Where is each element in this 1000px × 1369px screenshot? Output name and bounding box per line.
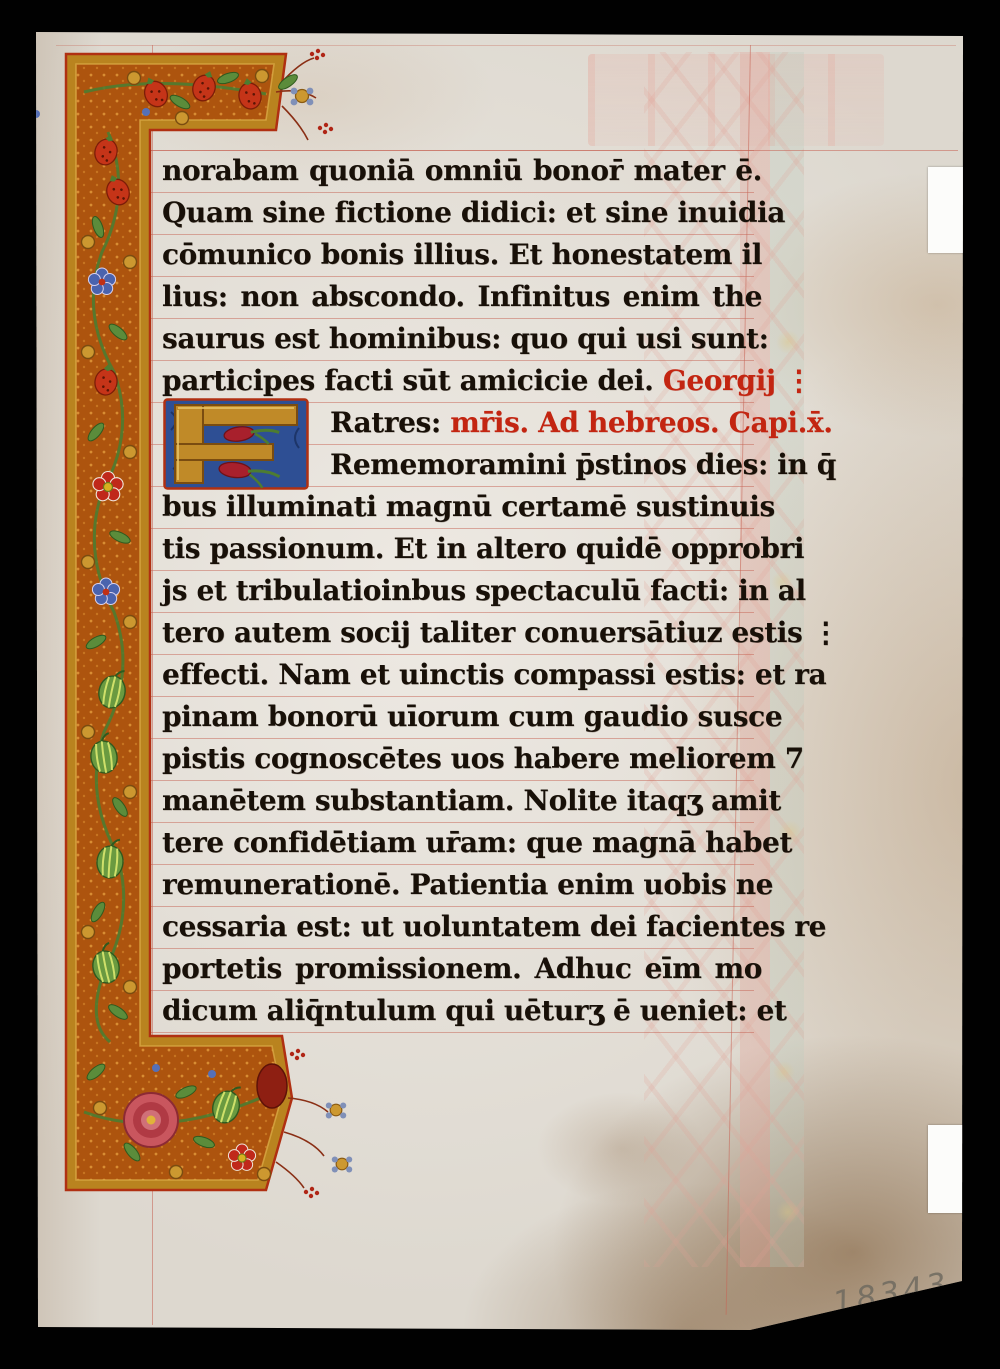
blackletter-text: cōmunico bonis illius. Et honestatem il bbox=[162, 238, 762, 271]
manuscript-line: saurus est hominibus: quo qui usi sunt: bbox=[162, 318, 762, 360]
blackletter-text: remunerationē. Patientia enim uobis ne bbox=[162, 868, 773, 901]
blackletter-text: pistis cognoscētes uos habere meliorem 7 bbox=[162, 742, 804, 775]
manuscript-line: cessaria est: ut uoluntatem dei faciente… bbox=[162, 906, 762, 948]
blackletter-text: pinam bonorū uīorum cum gaudio susce bbox=[162, 700, 782, 733]
blackletter-text: Rememoramini p̄stinos dies: in q̄ bbox=[330, 448, 836, 481]
rubric-text: Georgij ⋮ bbox=[663, 364, 813, 397]
blackletter-text: participes facti sūt amicicie dei. bbox=[162, 364, 663, 397]
manuscript-line: Quam sine fictione didici: et sine inuid… bbox=[162, 192, 762, 234]
manuscript-line: participes facti sūt amicicie dei. Georg… bbox=[162, 360, 762, 402]
blackletter-text: tere confidētiam ur̄am: que magnā habet bbox=[162, 826, 792, 859]
manuscript-line: Rememoramini p̄stinos dies: in q̄ bbox=[330, 444, 762, 486]
blackletter-text: bus illuminati magnū certamē sustinuis bbox=[162, 490, 775, 523]
pencil-shelfmark: 18343 bbox=[830, 1258, 994, 1321]
photo-black-background: norabam quoniā omniū bonor̄ mater ē.Quam… bbox=[0, 0, 1000, 1369]
manuscript-line: pinam bonorū uīorum cum gaudio susce bbox=[162, 696, 762, 738]
ruling-line-top bbox=[56, 45, 956, 46]
manuscript-line: cōmunico bonis illius. Et honestatem il bbox=[162, 234, 762, 276]
manuscript-line: lius: non abscondo. Infinitus enim the bbox=[162, 276, 762, 318]
manuscript-line: norabam quoniā omniū bonor̄ mater ē. bbox=[162, 150, 762, 192]
blackletter-text: effecti. Nam et uinctis compassi estis: … bbox=[162, 658, 826, 691]
blackletter-text: js et tribulatioinbus spectaculū facti: … bbox=[162, 574, 806, 607]
white-tab-top bbox=[928, 167, 967, 253]
blackletter-text: cessaria est: ut uoluntatem dei faciente… bbox=[162, 910, 826, 943]
blackletter-text: tero autem socij taliter conuersātiuz es… bbox=[162, 616, 839, 649]
manuscript-line: bus illuminati magnū certamē sustinuis bbox=[162, 486, 762, 528]
manuscript-line: tero autem socij taliter conuersātiuz es… bbox=[162, 612, 762, 654]
manuscript-line: dicum aliq̄ntulum qui uēturʒ ē ueniet: e… bbox=[162, 990, 762, 1032]
blackletter-text: norabam quoniā omniū bonor̄ mater ē. bbox=[162, 154, 762, 187]
blackletter-text: tis passionum. Et in altero quidē opprob… bbox=[162, 532, 804, 565]
blackletter-text: portetis promissionem. Adhuc eīm mo bbox=[162, 952, 762, 985]
blackletter-text: Ratres: bbox=[330, 406, 450, 439]
text-block: norabam quoniā omniū bonor̄ mater ē.Quam… bbox=[162, 150, 762, 1032]
blackletter-text: manētem substantiam. Nolite itaqʒ amit bbox=[162, 784, 781, 817]
blackletter-text: Quam sine fictione didici: et sine inuid… bbox=[162, 196, 785, 229]
manuscript-line: portetis promissionem. Adhuc eīm mo bbox=[162, 948, 762, 990]
manuscript-line: Ratres: mr̄is. Ad hebreos. Capi.x̄. bbox=[330, 402, 762, 444]
blackletter-text: dicum aliq̄ntulum qui uēturʒ ē ueniet: e… bbox=[162, 994, 787, 1027]
blackletter-text: lius: non abscondo. Infinitus enim the bbox=[162, 280, 762, 313]
manuscript-line: js et tribulatioinbus spectaculū facti: … bbox=[162, 570, 762, 612]
blackletter-text: saurus est hominibus: quo qui usi sunt: bbox=[162, 322, 769, 355]
rubric-text: mr̄is. Ad hebreos. Capi.x̄. bbox=[450, 406, 832, 439]
white-tab-bottom bbox=[928, 1125, 965, 1213]
manuscript-line: pistis cognoscētes uos habere meliorem 7 bbox=[162, 738, 762, 780]
manuscript-line: tis passionum. Et in altero quidē opprob… bbox=[162, 528, 762, 570]
manuscript-line: remunerationē. Patientia enim uobis ne bbox=[162, 864, 762, 906]
manuscript-line: effecti. Nam et uinctis compassi estis: … bbox=[162, 654, 762, 696]
vellum-page: norabam quoniā omniū bonor̄ mater ē.Quam… bbox=[36, 32, 965, 1330]
manuscript-line: manētem substantiam. Nolite itaqʒ amit bbox=[162, 780, 762, 822]
manuscript-line: tere confidētiam ur̄am: que magnā habet bbox=[162, 822, 762, 864]
